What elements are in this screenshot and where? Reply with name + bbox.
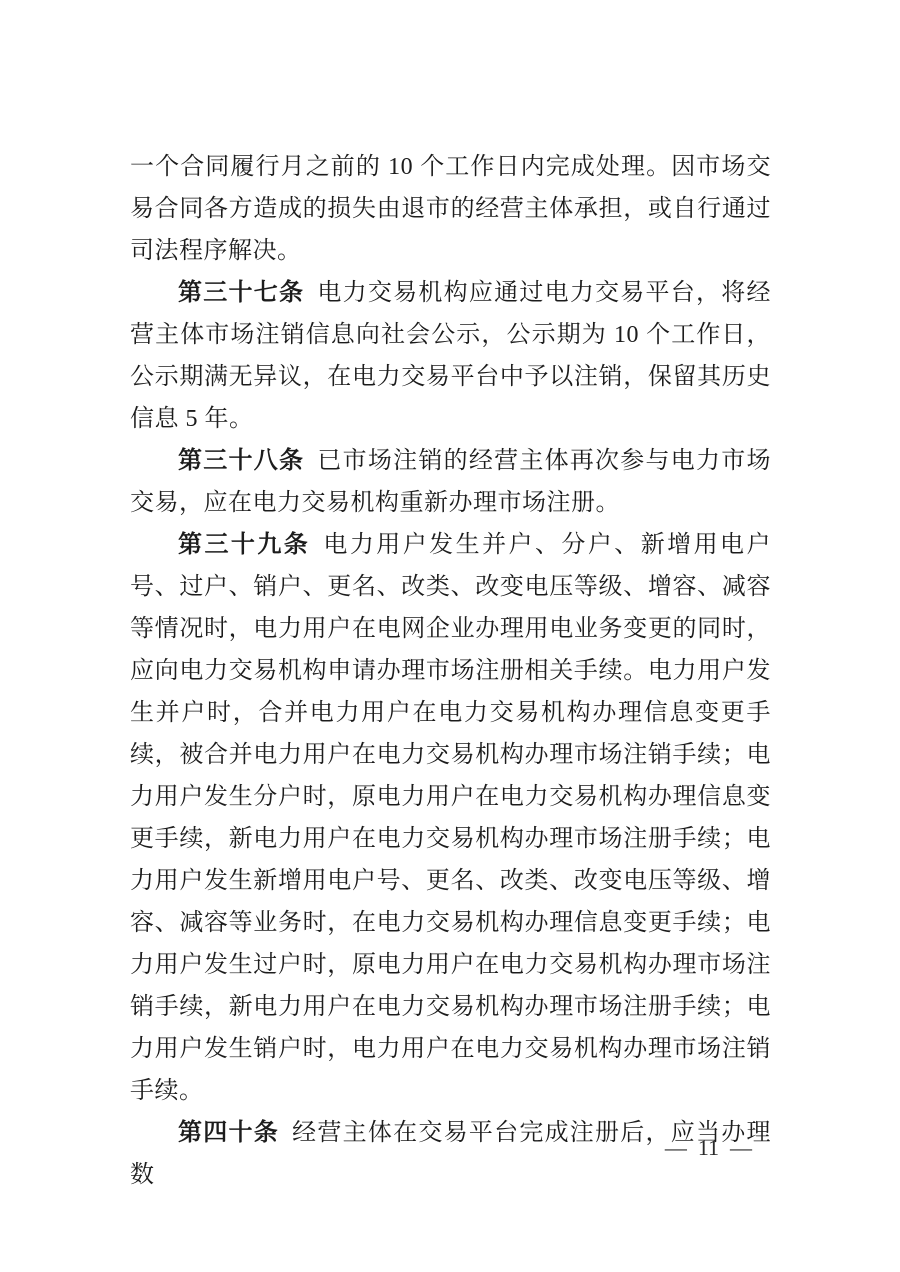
paragraph-continuation: 一个合同履行月之前的 10 个工作日内完成处理。因市场交易合同各方造成的损失由退… (130, 146, 771, 272)
article-number-40: 第四十条 (178, 1120, 279, 1146)
article-number-39: 第三十九条 (178, 532, 310, 558)
article-number-37: 第三十七条 (178, 280, 304, 306)
paragraph-article-38: 第三十八条已市场注销的经营主体再次参与电力市场交易，应在电力交易机构重新办理市场… (130, 440, 771, 524)
footer-dash-left: — (665, 1133, 687, 1163)
paragraph-article-37: 第三十七条电力交易机构应通过电力交易平台，将经营主体市场注销信息向社会公示，公示… (130, 272, 771, 440)
document-page: 一个合同履行月之前的 10 个工作日内完成处理。因市场交易合同各方造成的损失由退… (0, 0, 900, 1272)
page-number-footer: — 11 — (665, 1133, 752, 1163)
footer-dash-right: — (730, 1133, 752, 1163)
paragraph-text: 一个合同履行月之前的 10 个工作日内完成处理。因市场交易合同各方造成的损失由退… (130, 154, 771, 264)
document-body: 一个合同履行月之前的 10 个工作日内完成处理。因市场交易合同各方造成的损失由退… (130, 146, 771, 1196)
paragraph-text: 电力用户发生并户、分户、新增用电户号、过户、销户、更名、改类、改变电压等级、增容… (130, 532, 771, 1104)
article-number-38: 第三十八条 (178, 448, 304, 474)
paragraph-article-39: 第三十九条电力用户发生并户、分户、新增用电户号、过户、销户、更名、改类、改变电压… (130, 524, 771, 1112)
footer-page-number: 11 (698, 1133, 719, 1163)
